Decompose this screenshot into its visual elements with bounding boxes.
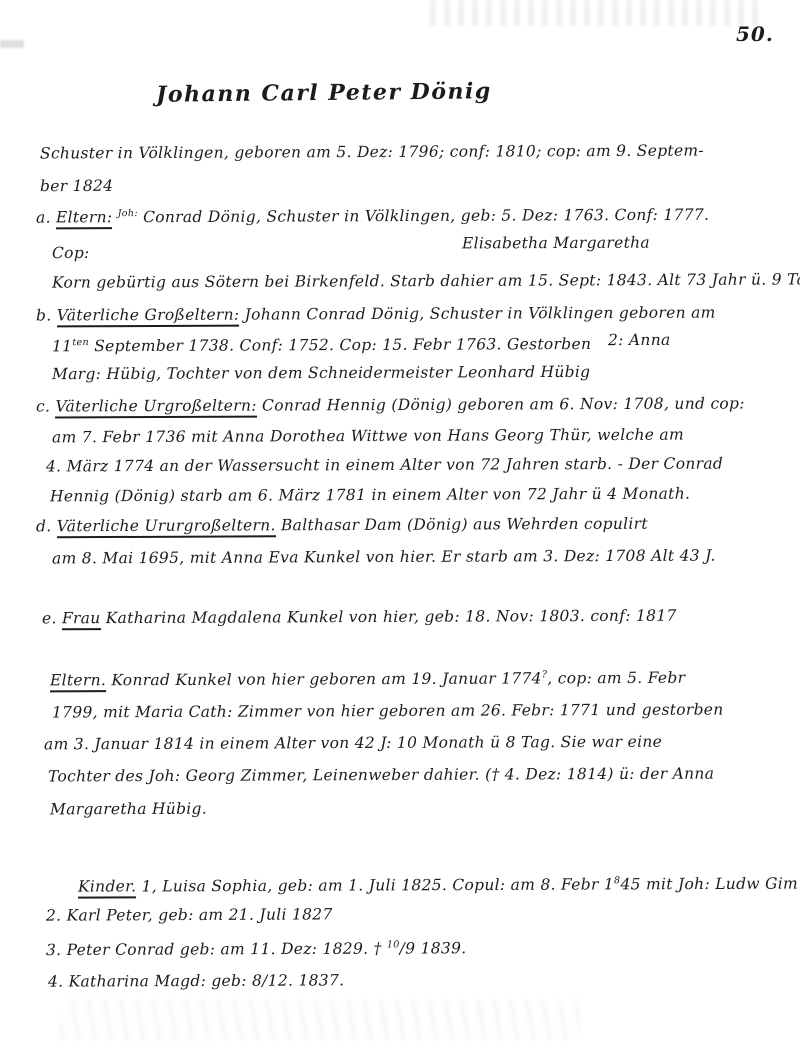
text-segment: am 7. Febr 1736 mit Anna Dorothea Wittwe… — [52, 426, 684, 447]
superscript-text: 10 — [387, 939, 400, 950]
manuscript-line: Eltern. Konrad Kunkel von hier geboren a… — [50, 669, 685, 690]
text-segment: 45 mit Joh: Ludw Gim — [620, 875, 798, 894]
manuscript-line: am 7. Febr 1736 mit Anna Dorothea Wittwe… — [52, 426, 684, 447]
text-segment: 1799, mit Maria Cath: Zimmer von hier ge… — [52, 701, 724, 722]
scan-artifact-top — [430, 0, 760, 26]
scan-artifact-bottom — [60, 1000, 580, 1040]
manuscript-line: 4. März 1774 an der Wassersucht in einem… — [46, 455, 723, 476]
text-segment: b. — [36, 306, 57, 324]
text-segment: d. — [36, 517, 57, 535]
text-segment: Marg: Hübig, Tochter von dem Schneiderme… — [52, 363, 590, 383]
text-segment: September 1738. Conf: 1752. Cop: 15. Feb… — [89, 335, 591, 355]
manuscript-line: e. Frau Katharina Magdalena Kunkel von h… — [42, 607, 677, 628]
manuscript-line: Margaretha Hübig. — [50, 800, 207, 819]
text-segment: Tochter des Joh: Georg Zimmer, Leinenweb… — [48, 765, 714, 786]
text-segment: 2. Karl Peter, geb: am 21. Juli 1827 — [46, 905, 333, 924]
text-segment: Katharina Magdalena Kunkel von hier, geb… — [100, 607, 676, 628]
manuscript-line: Schuster in Völklingen, geboren am 5. De… — [40, 142, 704, 163]
text-segment: 1, Luisa Sophia, geb: am 1. Juli 1825. C… — [136, 875, 614, 895]
text-segment: 11 — [52, 337, 72, 355]
underlined-text: Eltern. — [50, 671, 106, 692]
manuscript-line: 11ten September 1738. Conf: 1752. Cop: 1… — [52, 335, 591, 356]
manuscript-line: 1799, mit Maria Cath: Zimmer von hier ge… — [52, 701, 724, 722]
text-segment: /9 1839. — [400, 939, 467, 957]
text-segment: , cop: am 5. Febr — [547, 669, 685, 688]
text-segment: 2: Anna — [608, 331, 671, 349]
manuscript-line: Kinder. 1, Luisa Sophia, geb: am 1. Juli… — [78, 874, 798, 895]
manuscript-line: am 3. Januar 1814 in einem Alter von 42 … — [44, 733, 662, 754]
manuscript-line: Cop: — [52, 244, 90, 262]
text-segment: 3. Peter Conrad geb: am 11. Dez: 1829. † — [46, 940, 387, 959]
underlined-text: Väterliche Urgroßeltern: — [55, 397, 256, 419]
text-segment: e. — [42, 609, 62, 627]
manuscript-line: Elisabetha Margaretha — [462, 234, 650, 253]
underlined-text: Eltern: — [56, 208, 112, 229]
text-segment: Conrad Dönig, Schuster in Völklingen, ge… — [138, 206, 709, 226]
superscript-text: Joh: — [118, 208, 138, 219]
text-segment: Elisabetha Margaretha — [462, 234, 650, 253]
text-segment: Conrad Hennig (Dönig) geboren am 6. Nov:… — [257, 394, 745, 414]
text-segment: c. — [36, 397, 56, 415]
text-segment: Schuster in Völklingen, geboren am 5. De… — [40, 142, 704, 163]
text-segment: Hennig (Dönig) starb am 6. März 1781 in … — [50, 485, 690, 506]
underlined-text: Väterliche Ururgroßeltern. — [57, 516, 276, 538]
text-segment: am 8. Mai 1695, mit Anna Eva Kunkel von … — [52, 547, 716, 568]
manuscript-line: 2: Anna — [608, 331, 671, 349]
manuscript-line: c. Väterliche Urgroßeltern: Conrad Henni… — [36, 394, 745, 415]
manuscript-line: d. Väterliche Ururgroßeltern. Balthasar … — [36, 515, 648, 536]
text-segment: 12 — [268, 972, 288, 990]
document-page: 50. Johann Carl Peter Dönig Schuster in … — [0, 0, 800, 1057]
manuscript-line: Tochter des Joh: Georg Zimmer, Leinenweb… — [48, 765, 714, 786]
text-segment: 4. März 1774 an der Wassersucht in einem… — [46, 455, 723, 476]
manuscript-line: Marg: Hübig, Tochter von dem Schneiderme… — [52, 363, 590, 383]
manuscript-line: 2. Karl Peter, geb: am 21. Juli 1827 — [46, 905, 333, 924]
text-segment: 4. Katharina Magd: geb: 8/ — [48, 972, 268, 991]
manuscript-line: 4. Katharina Magd: geb: 8/12. 1837. — [48, 971, 344, 990]
manuscript-line: 3. Peter Conrad geb: am 11. Dez: 1829. †… — [46, 939, 467, 959]
text-segment: ber 1824 — [40, 177, 113, 195]
manuscript-line: ber 1824 — [40, 177, 113, 195]
superscript-text: ten — [72, 337, 89, 348]
text-segment: Konrad Kunkel von hier geboren am 19. Ja… — [106, 669, 542, 689]
page-title: Johann Carl Peter Dönig — [156, 78, 492, 108]
scan-artifact-left — [0, 40, 24, 48]
page-number: 50. — [736, 22, 774, 46]
underlined-text: Frau — [62, 609, 101, 630]
text-segment: Margaretha Hübig. — [50, 800, 207, 819]
text-segment: Johann Conrad Dönig, Schuster in Völklin… — [239, 304, 715, 324]
text-segment: . 1837. — [288, 971, 344, 989]
manuscript-line: Korn gebürtig aus Sötern bei Birkenfeld.… — [52, 270, 800, 291]
manuscript-line: b. Väterliche Großeltern: Johann Conrad … — [36, 304, 716, 325]
text-segment: Korn gebürtig aus Sötern bei Birkenfeld.… — [52, 270, 800, 291]
text-segment: Balthasar Dam (Dönig) aus Wehrden copuli… — [276, 515, 648, 535]
underlined-text: Kinder. — [78, 877, 136, 898]
manuscript-line: a. Eltern: Joh: Conrad Dönig, Schuster i… — [36, 206, 709, 227]
text-segment: am 3. Januar 1814 in einem Alter von 42 … — [44, 733, 662, 754]
text-segment: Cop: — [52, 244, 90, 262]
underlined-text: Väterliche Großeltern: — [57, 306, 240, 328]
text-segment: a. — [36, 209, 56, 227]
manuscript-line: am 8. Mai 1695, mit Anna Eva Kunkel von … — [52, 547, 716, 568]
manuscript-line: Hennig (Dönig) starb am 6. März 1781 in … — [50, 485, 690, 506]
